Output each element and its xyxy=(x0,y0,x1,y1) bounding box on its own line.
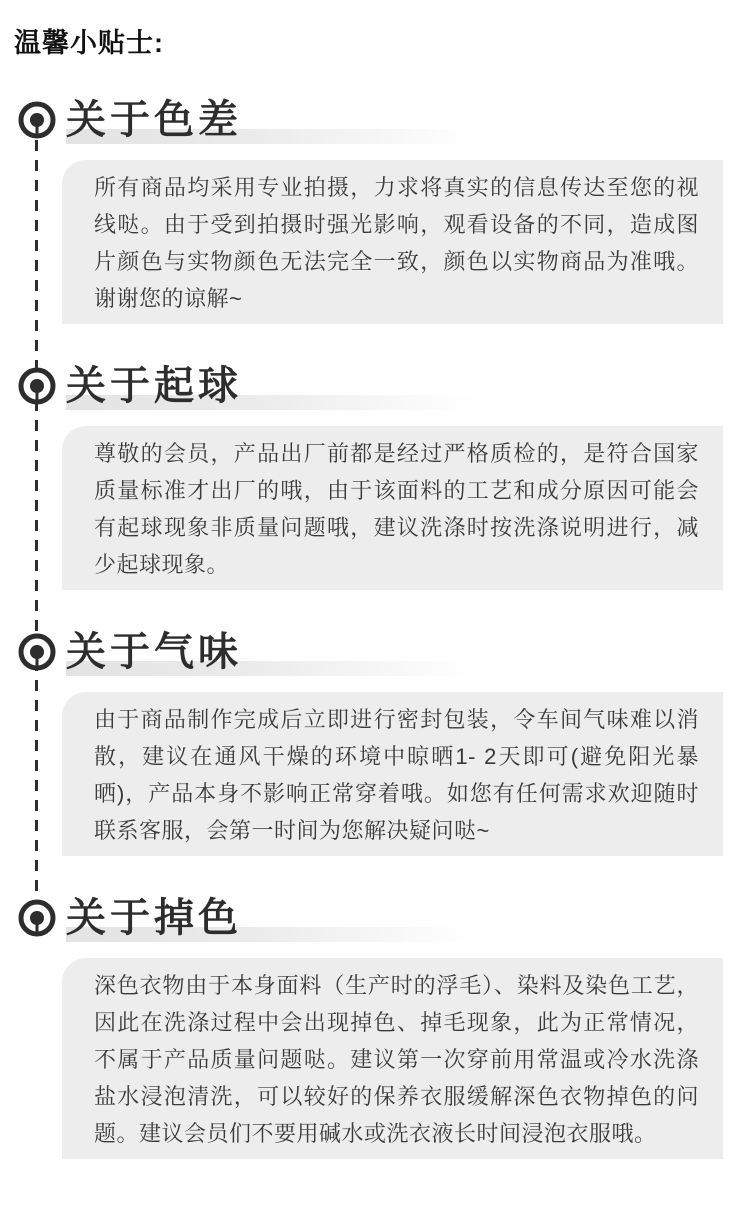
tip-body-text: 由于商品制作完成后立即进行密封包装，令车间气味难以消散，建议在通风干燥的环境中晾… xyxy=(94,701,699,849)
bullseye-target-icon xyxy=(18,101,56,139)
warm-tips-panel: 温馨小贴士: 关于色差 所有商品均采用专业拍摄，力求将真实的信息传达至您的视线哒… xyxy=(0,0,750,1209)
tip-title: 关于起球 xyxy=(66,362,242,410)
tip-section-odor: 关于气味 由于商品制作完成后立即进行密封包装，令车间气味难以消散，建议在通风干燥… xyxy=(0,628,750,856)
tip-section-fading: 关于掉色 深色衣物由于本身面料（生产时的浮毛）、染料及染色工艺，因此在洗涤过程中… xyxy=(0,894,750,1159)
tip-body-text: 所有商品均采用专业拍摄，力求将真实的信息传达至您的视线哒。由于受到拍摄时强光影响… xyxy=(94,169,699,317)
tip-section-pilling: 关于起球 尊敬的会员，产品出厂前都是经过严格质检的，是符合国家质量标准才出厂的哦… xyxy=(0,362,750,590)
tip-body-box: 深色衣物由于本身面料（生产时的浮毛）、染料及染色工艺，因此在洗涤过程中会出现掉色… xyxy=(62,958,723,1159)
page-title: 温馨小贴士: xyxy=(0,0,750,60)
tip-title: 关于气味 xyxy=(66,628,242,676)
tip-body-box: 尊敬的会员，产品出厂前都是经过严格质检的，是符合国家质量标准才出厂的哦，由于该面… xyxy=(62,426,723,590)
tip-body-text: 深色衣物由于本身面料（生产时的浮毛）、染料及染色工艺，因此在洗涤过程中会出现掉色… xyxy=(94,967,699,1152)
tip-header: 关于色差 xyxy=(18,96,750,144)
tip-body-box: 由于商品制作完成后立即进行密封包装，令车间气味难以消散，建议在通风干燥的环境中晾… xyxy=(62,692,723,856)
tip-title: 关于掉色 xyxy=(66,894,242,942)
tip-section-color-difference: 关于色差 所有商品均采用专业拍摄，力求将真实的信息传达至您的视线哒。由于受到拍摄… xyxy=(0,96,750,324)
bullseye-target-icon xyxy=(18,899,56,937)
tip-body-text: 尊敬的会员，产品出厂前都是经过严格质检的，是符合国家质量标准才出厂的哦，由于该面… xyxy=(94,435,699,583)
tip-title: 关于色差 xyxy=(66,96,242,144)
tip-header: 关于气味 xyxy=(18,628,750,676)
bullseye-target-icon xyxy=(18,633,56,671)
tip-body-box: 所有商品均采用专业拍摄，力求将真实的信息传达至您的视线哒。由于受到拍摄时强光影响… xyxy=(62,160,723,324)
tip-header: 关于掉色 xyxy=(18,894,750,942)
tip-header: 关于起球 xyxy=(18,362,750,410)
bullseye-target-icon xyxy=(18,367,56,405)
